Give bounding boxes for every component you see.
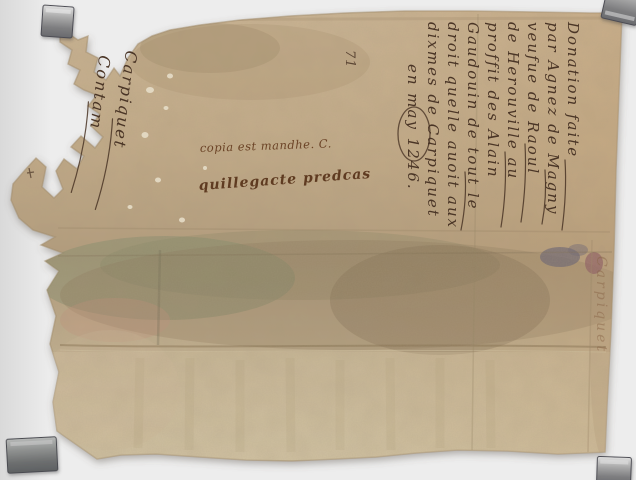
- hole: [179, 218, 185, 223]
- metal-clip-top-left: [41, 5, 74, 38]
- hole: [167, 74, 173, 79]
- metal-clip-bottom-left: [6, 437, 58, 474]
- dorsal-line: dixmes de Carpiquet: [424, 22, 442, 218]
- dorsal-line: Donation faite: [564, 21, 582, 158]
- hole: [128, 205, 133, 209]
- hole: [142, 132, 149, 138]
- hole: [155, 178, 161, 183]
- dorsal-line: par Agnez de Magny: [544, 22, 562, 215]
- dorsal-line: de Herouville au: [504, 22, 522, 180]
- metal-clip-bottom-right: [596, 456, 631, 480]
- hole: [146, 87, 154, 93]
- right-label: Carpiquet: [593, 256, 609, 354]
- hole: [164, 106, 169, 110]
- hole: [203, 166, 207, 170]
- right-label-group: Carpiquet: [593, 256, 609, 354]
- dorsal-line: droit quelle auoit aux: [444, 22, 462, 229]
- scan-canvas: Donation faite par Agnez de Magny veufue…: [0, 0, 636, 480]
- dorsal-line: proffit des Alain: [484, 22, 502, 178]
- folio-number: 71: [342, 50, 357, 69]
- folio-number-group: 71: [342, 50, 357, 69]
- archival-scan: Donation faite par Agnez de Magny veufue…: [0, 0, 636, 480]
- dorsal-line: Gaudouin de tout le: [464, 22, 482, 211]
- dorsal-date-line: en may 1246.: [404, 64, 422, 191]
- dorsal-line: veufue de Raoul: [524, 22, 542, 175]
